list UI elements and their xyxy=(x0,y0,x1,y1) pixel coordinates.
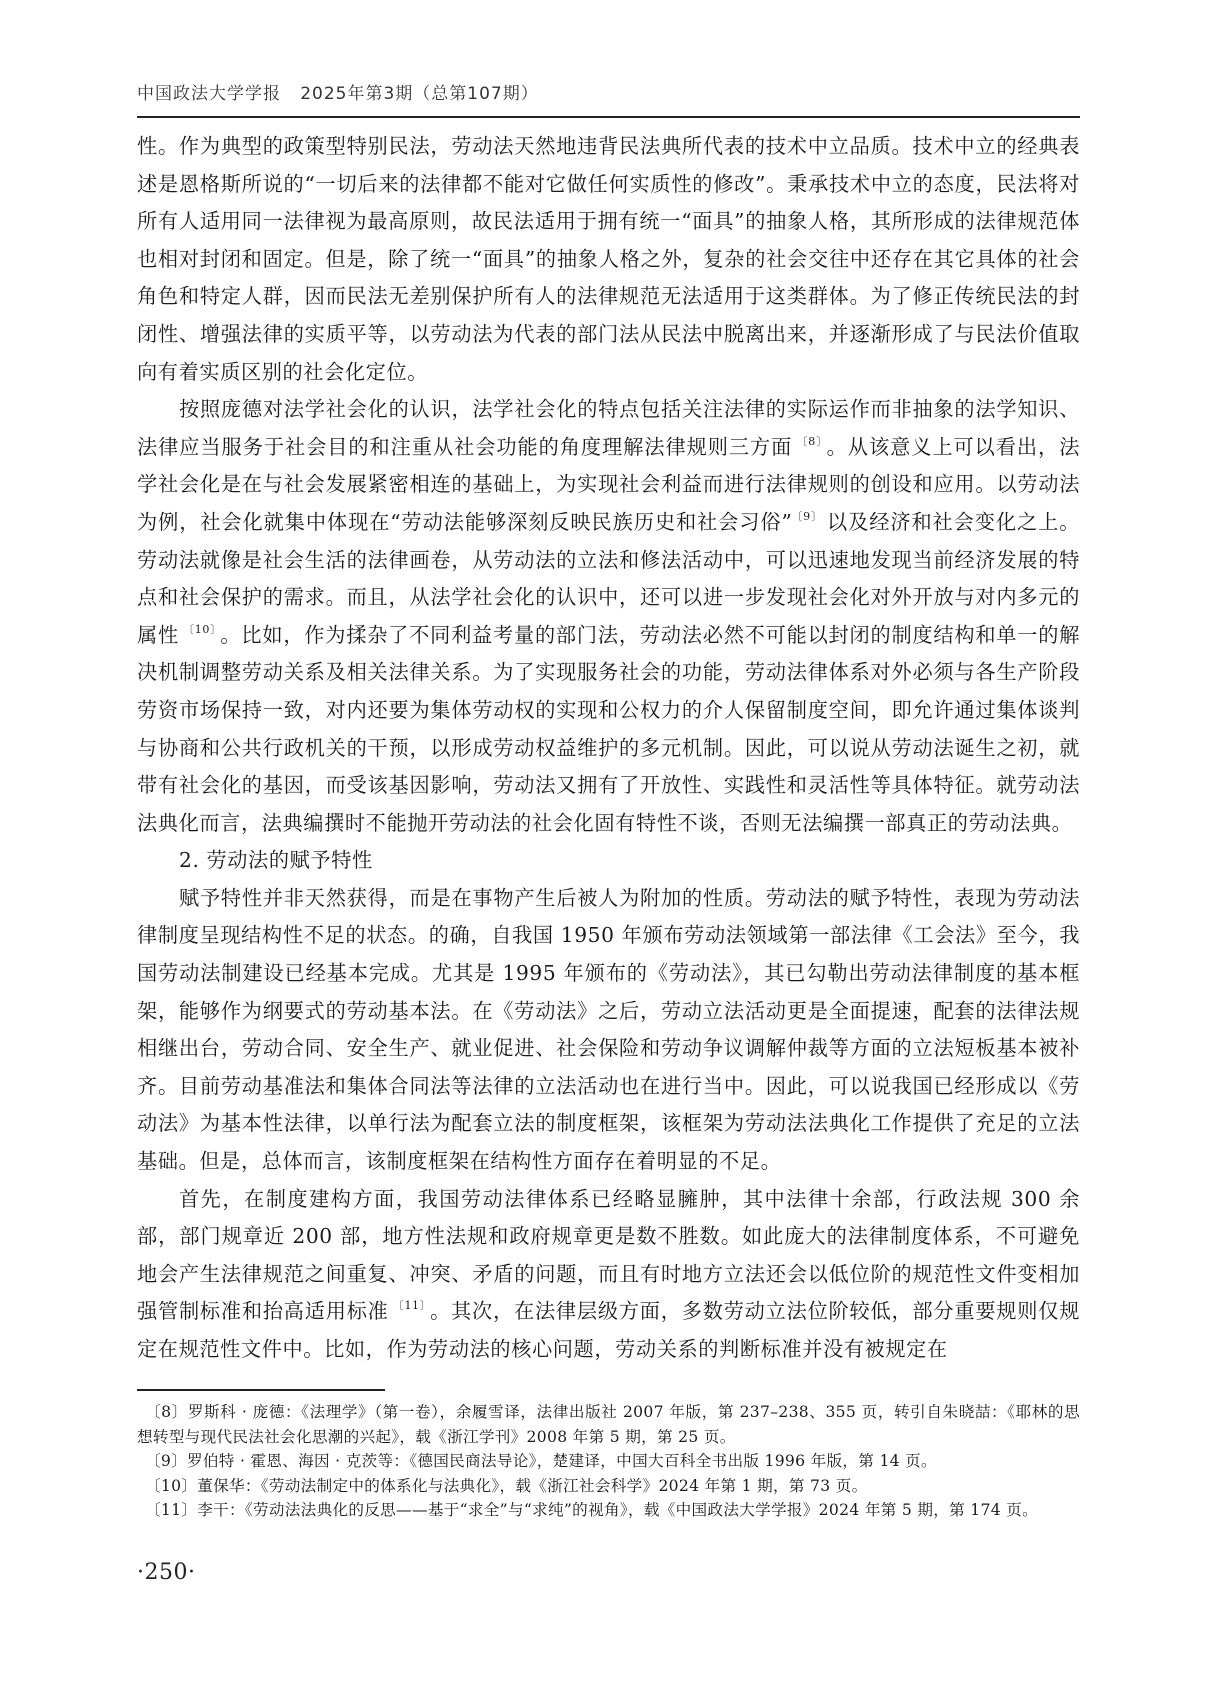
paragraph-2-text-d: 。比如，作为揉杂了不同利益考量的部门法，劳动法必然不可能以封闭的制度结构和单一的… xyxy=(137,623,1080,835)
footnotes: 〔8〕罗斯科 · 庞德：《法理学》（第一卷），余履雪译，法律出版社 2007 年… xyxy=(137,1400,1080,1523)
footnote-ref-11[interactable]: 〔11〕 xyxy=(393,1299,426,1312)
page-number: ·250· xyxy=(137,1560,195,1585)
section-subheading: 2. 劳动法的赋予特性 xyxy=(137,842,1080,880)
footnote-8: 〔8〕罗斯科 · 庞德：《法理学》（第一卷），余履雪译，法律出版社 2007 年… xyxy=(137,1400,1080,1449)
paragraph-2: 按照庞德对法学社会化的认识，法学社会化的特点包括关注法律的实际运作而非抽象的法学… xyxy=(137,391,1080,842)
footnote-ref-9[interactable]: 〔9〕 xyxy=(796,510,823,523)
footnote-11: 〔11〕李干：《劳动法法典化的反思——基于“求全”与“求纯”的视角》，载《中国政… xyxy=(137,1498,1080,1523)
footnote-ref-8[interactable]: 〔8〕 xyxy=(796,435,822,448)
running-header: 中国政法大学学报 2025年第3期（总第107期） xyxy=(137,80,1080,118)
footnote-10: 〔10〕董保华：《劳动法制定中的体系化与法典化》，载《浙江社会科学》2024 年… xyxy=(137,1474,1080,1499)
paragraph-3: 赋予特性并非天然获得，而是在事物产生后被人为附加的性质。劳动法的赋予特性，表现为… xyxy=(137,880,1080,1181)
paragraph-4: 首先，在制度建构方面，我国劳动法律体系已经略显臃肿，其中法律十余部，行政法规 3… xyxy=(137,1181,1080,1369)
journal-issue: 2025年第3期（总第107期） xyxy=(300,84,539,104)
header-rule xyxy=(137,116,1080,118)
footnote-ref-10[interactable]: 〔10〕 xyxy=(183,623,216,636)
journal-name: 中国政法大学学报 xyxy=(137,84,281,104)
journal-header: 中国政法大学学报 2025年第3期（总第107期） xyxy=(137,80,1080,108)
footnote-9: 〔9〕罗伯特 · 霍恩、海因 · 克茨等：《德国民商法导论》，楚建译，中国大百科… xyxy=(137,1449,1080,1474)
paragraph-1: 性。作为典型的政策型特别民法，劳动法天然地违背民法典所代表的技术中立品质。技术中… xyxy=(137,128,1080,391)
article-body: 性。作为典型的政策型特别民法，劳动法天然地违背民法典所代表的技术中立品质。技术中… xyxy=(137,128,1080,1369)
footnote-rule xyxy=(137,1389,385,1391)
